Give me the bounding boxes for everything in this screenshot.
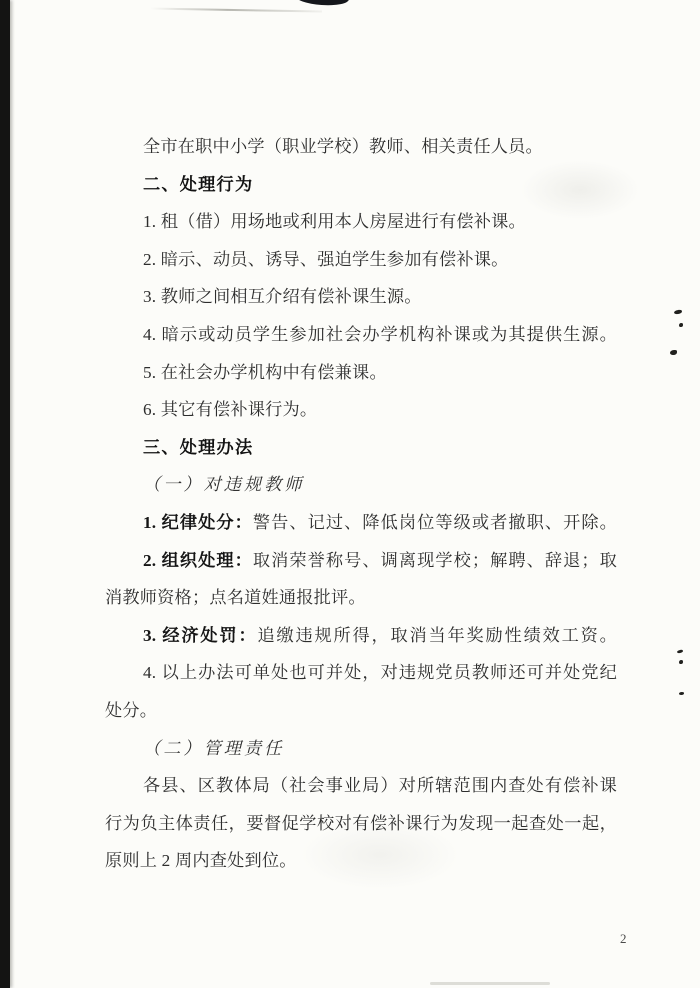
paragraph-scope-line: 全市在职中小学（职业学校）教师、相关责任人员。: [105, 128, 617, 166]
responsibility-line: 各县、区教体局（社会事业局）对所辖范围内查处有偿补课: [105, 767, 617, 805]
measure-label: 1. 纪律处分：: [143, 513, 253, 532]
scan-smudge-top: [295, 0, 350, 7]
scan-smudge-bottom: [430, 982, 550, 985]
continuation-line: 原则上 2 周内查处到位。: [105, 842, 617, 880]
list-item-4: 4. 暗示或动员学生参加社会办学机构补课或为其提供生源。: [105, 316, 617, 354]
ink-speck: [679, 323, 683, 327]
section-heading-3: 三、处理办法: [105, 429, 617, 467]
scanned-document-page: 全市在职中小学（职业学校）教师、相关责任人员。 二、处理行为 1. 租（借）用场…: [0, 0, 700, 988]
section-heading-2: 二、处理行为: [105, 166, 617, 204]
ink-speck: [679, 692, 684, 695]
measure-line-organization: 2. 组织处理：取消荣誉称号、调离现学校；解聘、辞退；取: [105, 542, 617, 580]
scan-edge-bar: [0, 0, 10, 988]
list-item-3: 3. 教师之间相互介绍有偿补课生源。: [105, 278, 617, 316]
measure-line-economic: 3. 经济处罚：追缴违规所得，取消当年奖励性绩效工资。: [105, 617, 617, 655]
measure-line-discipline: 1. 纪律处分：警告、记过、降低岗位等级或者撤职、开除。: [105, 504, 617, 542]
ink-speck: [677, 650, 683, 654]
continuation-line: 行为负主体责任，要督促学校对有偿补课行为发现一起查处一起，: [105, 805, 617, 843]
page-number: 2: [620, 929, 627, 949]
list-item-6: 6. 其它有偿补课行为。: [105, 391, 617, 429]
list-item-2: 2. 暗示、动员、诱导、强迫学生参加有偿补课。: [105, 241, 617, 279]
measure-line-combined: 4. 以上办法可单处也可并处，对违规党员教师还可并处党纪: [105, 654, 617, 692]
subsection-heading-1: （一）对违规教师: [105, 466, 617, 504]
measure-label: 3. 经济处罚：: [143, 626, 257, 645]
ink-speck: [679, 660, 683, 664]
continuation-line: 处分。: [105, 692, 617, 730]
ink-speck: [670, 350, 677, 355]
measure-text: 取消荣誉称号、调离现学校；解聘、辞退；取: [253, 551, 617, 570]
scan-streak: [150, 7, 322, 12]
measure-label: 2. 组织处理：: [143, 551, 253, 570]
ink-speck: [674, 309, 682, 314]
continuation-line: 消教师资格；点名道姓通报批评。: [105, 579, 617, 617]
measure-text: 警告、记过、降低岗位等级或者撤职、开除。: [253, 513, 617, 532]
measure-text: 追缴违规所得，取消当年奖励性绩效工资。: [257, 626, 617, 645]
document-body: 全市在职中小学（职业学校）教师、相关责任人员。 二、处理行为 1. 租（借）用场…: [105, 128, 617, 880]
subsection-heading-2: （二）管理责任: [105, 730, 617, 768]
list-item-1: 1. 租（借）用场地或利用本人房屋进行有偿补课。: [105, 203, 617, 241]
list-item-5: 5. 在社会办学机构中有偿兼课。: [105, 354, 617, 392]
